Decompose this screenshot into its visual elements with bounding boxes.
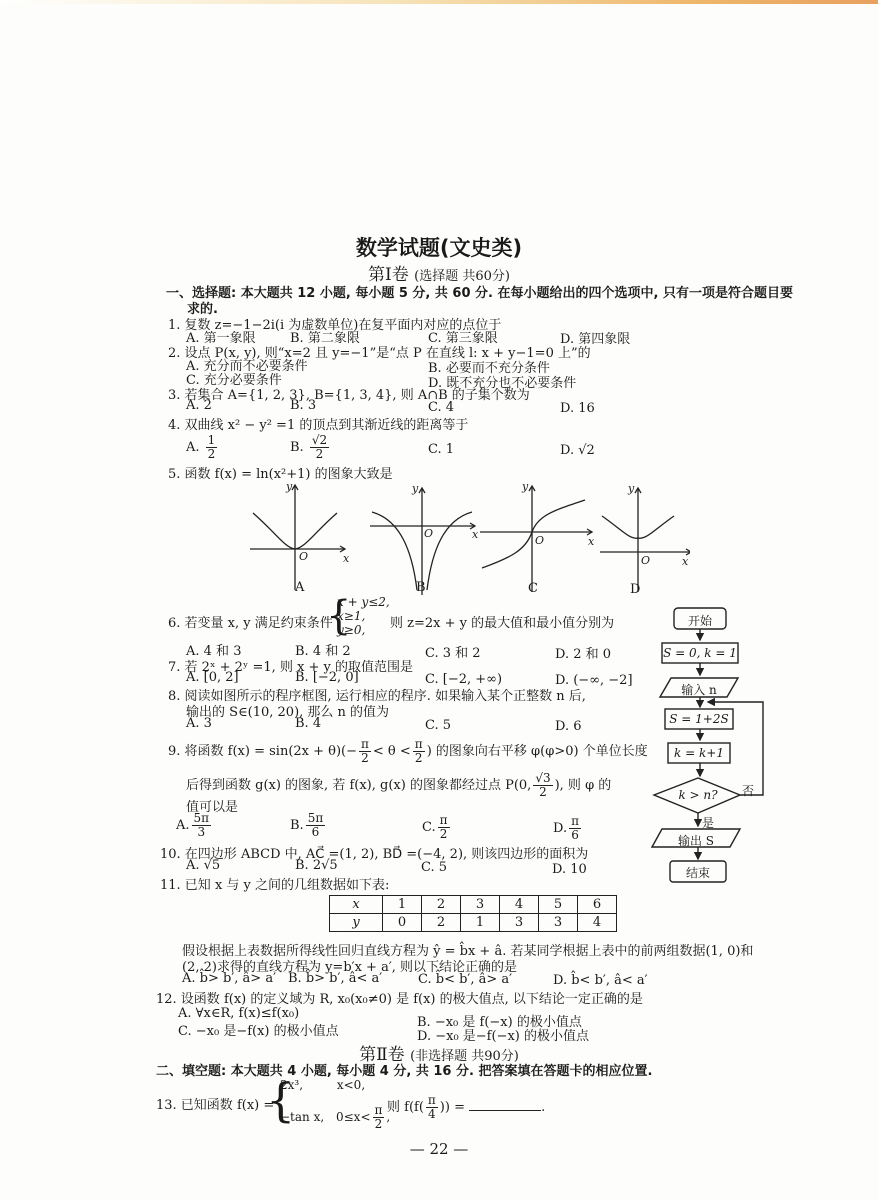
numerator: π [438,814,450,828]
section2-instructions: 二、填空题: 本大题共 4 小题, 每小题 4 分, 共 16 分. 把答案填在… [156,1060,652,1079]
q9-stem-a: 9. 将函数 f(x) = sin(2x + θ) [168,744,341,759]
svg-text:x: x [682,555,689,568]
q3-stem: 3. 若集合 A={1, 2, 3}, B={1, 3, 4}, 则 A∩B 的… [168,384,530,403]
flow-end-label: 结束 [670,864,726,881]
page-title: 数学试题(文史类) [0,232,878,262]
q9-option-d: D.π6 [553,815,583,842]
numerator: 5π [192,812,212,826]
numerator: 5π [306,812,326,826]
q9-line2: 后得到函数 g(x) 的图象, 若 f(x), g(x) 的图象都经过点 P(0… [186,772,611,799]
graph-label-c: C [528,581,538,596]
table-cell: 4 [578,914,617,932]
table-row-y: y 0 2 1 3 3 4 [330,914,617,932]
option-fraction: 5π3 [192,812,212,839]
section1-instructions: 一、选择题: 本大题共 12 小题, 每小题 5 分, 共 60 分. 在每小题… [166,282,793,301]
q9-option-c: C.π2 [422,814,452,841]
q9-option-b: B.5π6 [290,812,327,839]
denominator: 2 [310,448,329,461]
q9-line1: 9. 将函数 f(x) = sin(2x + θ)(−π2< θ <π2) 的图… [168,738,648,765]
q9-range-mid: < θ < [373,744,411,759]
q9-option-a: A.5π3 [176,812,213,839]
q4-option-c: C. 1 [428,442,454,457]
constraint-2: x≥1, [337,609,390,623]
table-cell: 2 [422,914,461,932]
table-cell: 3 [500,914,539,932]
svg-text:x: x [343,552,350,565]
denominator: 6 [569,829,581,842]
case-2-cond: 0≤x< [336,1110,371,1124]
svg-text:O: O [641,554,650,567]
page-number: — 22 — [0,1140,878,1158]
scan-edge [0,0,878,4]
q9-stem-d: , 则 φ 的 [560,778,612,793]
option-fraction: π6 [569,815,581,842]
numerator: √3 [533,772,552,786]
q13-stem-pre: 13. 已知函数 f(x) = [156,1094,274,1113]
constraint-3: y≥0, [337,623,390,637]
q11-stem: 11. 已知 x 与 y 之间的几组数据如下表: [160,874,389,893]
q13-stem-post: 则 f(f(π4)) = . [387,1094,545,1121]
table-cell: 3 [461,896,500,914]
numerator: π [426,1094,438,1108]
table-cell: 6 [578,896,617,914]
q11-option-a: A. b̂> b′, â> a′ [182,971,276,986]
option-label: D. [553,821,567,836]
table-cell: 4 [500,896,539,914]
table-cell: 2 [422,896,461,914]
q8-option-a: A. 3 [186,716,212,731]
constraint-1: x + y≤2, [337,595,390,609]
q9-range-lower: π2 [359,738,371,765]
q9-range-upper: π2 [413,738,425,765]
q3-option-b: B. 3 [290,398,316,413]
table-header-y: y [330,914,383,932]
table-header-x: x [330,896,383,914]
denominator: 4 [426,1108,438,1121]
q13-case-1: 2x³, x<0, [280,1078,365,1092]
q4-option-a-label: A. [186,440,200,455]
q9-range-open: (− [341,744,357,759]
flow-output-label: 输出 S [660,832,732,849]
option-label: C. [422,820,436,835]
svg-text:y: y [285,480,293,493]
q13-stem-post-text: 则 f(f( [387,1100,424,1115]
q9-point-open: (0, [514,778,531,793]
table-row-x: x 1 2 3 4 5 6 [330,896,617,914]
graph-label-a: A [295,580,304,595]
case-2-expr: −tan x, [280,1110,324,1124]
svg-text:x: x [472,528,479,541]
flow-update-s-label: S = 1+2S [665,712,733,726]
q3-option-c: C. 4 [428,400,454,415]
q11-data-table: x 1 2 3 4 5 6 y 0 2 1 3 3 4 [329,895,617,932]
q4-option-b-fraction: √22 [310,434,329,461]
q4-stem: 4. 双曲线 x² − y² =1 的顶点到其渐近线的距离等于 [168,414,468,433]
case-1-cond: x<0, [337,1078,365,1092]
flow-no-label: 否 [742,782,754,799]
q5-graphs: yxO yxO yxO yxO [250,480,690,600]
denominator: 2 [413,752,425,765]
q12-option-a: A. ∀x∈R, f(x)≤f(x₀) [178,1006,299,1021]
answer-blank[interactable] [469,1098,541,1111]
flow-decision-label: k > n? [668,788,728,802]
q7-option-a: A. [0, 2] [186,670,239,685]
q6-stem-post: 则 z=2x + y 的最大值和最小值分别为 [390,612,614,631]
q9-range-close: ) [427,744,432,759]
q8-option-d: D. 6 [555,719,582,734]
q6-option-c: C. 3 和 2 [425,642,481,661]
table-cell: 1 [383,896,422,914]
graph-label-b: B [416,580,426,595]
q4-option-a: A. 12 [186,434,219,461]
graph-a-axes [250,485,345,590]
numerator: 1 [206,434,218,448]
q9-stem-b: 的图象向右平移 φ(φ>0) 个单位长度 [436,744,648,759]
q12-option-c: C. −x₀ 是−f(x) 的极小值点 [178,1020,339,1039]
q8-option-b: B. 4 [295,716,321,731]
q8-stem-2: 输出的 S∈(10, 20), 那么 n 的值为 [186,701,389,720]
svg-text:x: x [588,535,595,548]
graph-b-curve-left [372,512,417,590]
svg-text:O: O [424,527,433,540]
q13-case-2: −tan x, 0≤x<π2, [280,1104,390,1131]
flow-yes-label: 是 [702,814,714,831]
case-2-fraction: π2 [373,1104,385,1131]
q3-option-a: A. 2 [186,398,212,413]
denominator: 3 [192,826,212,839]
denominator: 2 [438,828,450,841]
table-cell: 5 [539,896,578,914]
svg-text:O: O [535,534,544,547]
svg-text:y: y [627,482,635,495]
q4-option-b: B. √22 [290,434,331,461]
table-cell: 3 [539,914,578,932]
option-label: B. [290,818,304,833]
q4-option-a-fraction: 12 [206,434,218,461]
case-1-expr: 2x³, [280,1078,303,1092]
denominator: 2 [373,1118,385,1131]
q10-option-b: B. 2√5 [295,858,338,873]
q10-option-d: D. 10 [552,862,587,877]
svg-text:O: O [299,550,308,563]
q3-option-d: D. 16 [560,401,595,416]
q10-option-c: C. 5 [421,860,447,875]
svg-text:y: y [521,480,529,493]
numerator: π [373,1104,385,1118]
table-cell: 0 [383,914,422,932]
q11-option-b: B. b̂> b′, â< a′ [288,971,382,986]
flow-init-label: S = 0, k = 1 [662,646,738,660]
option-fraction: π2 [438,814,450,841]
numerator: π [413,738,425,752]
q12-stem: 12. 设函数 f(x) 的定义域为 R, x₀(x₀≠0) 是 f(x) 的极… [156,988,643,1007]
flow-start-label: 开始 [674,612,726,629]
option-fraction: 5π6 [306,812,326,839]
q6-stem-pre: 6. 若变量 x, y 满足约束条件 [168,612,333,631]
q10-stem: 10. 在四边形 ABCD 中, AC⃗ =(1, 2), BD⃗ =(−4, … [160,843,588,862]
flow-update-k-label: k = k+1 [668,746,730,760]
graph-c-curve [482,500,585,568]
numerator: π [359,738,371,752]
denominator: 2 [206,448,218,461]
q9-stem-c: 后得到函数 g(x) 的图象, 若 f(x), g(x) 的图象都经过点 P [186,778,514,793]
numerator: π [569,815,581,829]
graph-b-curve-right [427,512,472,590]
q13-argument-fraction: π4 [426,1094,438,1121]
q11-option-d: D. b̂< b′, â< a′ [553,973,648,988]
numerator: √2 [310,434,329,448]
option-label: A. [176,818,190,833]
q6-option-d: D. 2 和 0 [555,643,611,662]
flow-input-label: 输入 n [660,681,738,698]
svg-text:y: y [411,482,419,495]
denominator: 6 [306,826,326,839]
q9-point-y: √32 [533,772,552,799]
q13-stem-end: )) = [440,1100,465,1115]
denominator: 2 [359,752,371,765]
q8-option-c: C. 5 [425,718,451,733]
q6-constraints: x + y≤2, x≥1, y≥0, [337,595,390,637]
q7-option-b: B. [−2, 0] [295,670,359,685]
q4-option-b-label: B. [290,440,304,455]
table-cell: 1 [461,914,500,932]
q10-option-a: A. √5 [186,858,220,873]
q13-period: . [541,1100,545,1115]
denominator: 2 [533,786,552,799]
q4-option-d: D. √2 [560,443,595,458]
q11-option-c: C. b̂< b′, â> a′ [418,972,512,987]
